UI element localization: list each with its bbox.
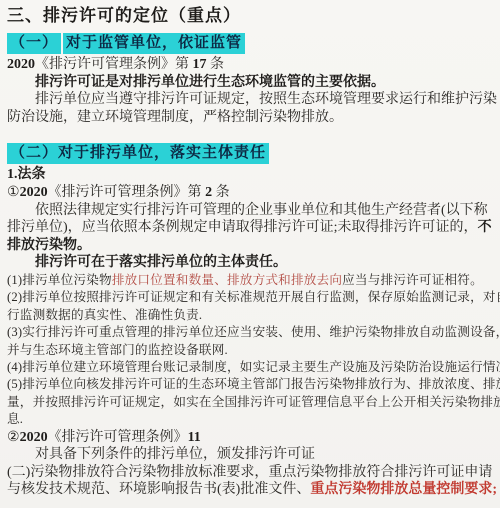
list-item-5-cont: 息. (7, 411, 496, 428)
document-page: 三、排污许可的定位（重点） （一）对于监管单位，依证监管 2020《排污许可管理… (0, 0, 500, 508)
text-run: 排污许可证是对排污单位进行生态环境监管的主要依据。 (35, 75, 385, 90)
text-run: 量，并按照排污许可证规定，如实在全国排污许可证管理信息平台上公开相关污染物排放信 (7, 395, 500, 409)
text-run: 对具备下列条件的排污单位，颁发排污许可证 (35, 447, 315, 462)
list-item-3: (3)实行排污许可重点管理的排污单位还应当安装、使用、维护污染物排放自动监测设备… (7, 324, 496, 341)
text-run: 依照法律规定实行排污许可管理的企业事业单位和其他生产经营者(以下称 (35, 203, 488, 218)
page-title: 三、排污许可的定位（重点） (7, 5, 496, 27)
text-run: 防治设施，建立环境管理制度，严格控制污染物排放。 (7, 110, 343, 125)
paragraph-line: (二)污染物排放符合污染物排放标准要求，重点污染物排放符合排污许可证申请 (7, 464, 496, 482)
key-point-line: 排污许可证是对排污单位进行生态环境监管的主要依据。 (7, 74, 496, 92)
highlighted-text: （一） (7, 33, 61, 54)
subheading-legal-articles: 1.法条 (7, 166, 496, 184)
text-run: 并与生态环境主管部门的监控设备联网. (7, 343, 228, 357)
text-run: 《排污许可管理条例》第 (35, 57, 193, 72)
list-item-5-cont: 量，并按照排污许可证规定，如实在全国排污许可证管理信息平台上公开相关污染物排放信 (7, 394, 496, 411)
section-1-heading: （一）对于监管单位，依证监管 (7, 33, 496, 53)
text-run: (4)排污单位建立环境管理台账记录制度，如实记录主要生产设施及污染防治设施运行情… (7, 360, 500, 374)
text-run: (1)排污单位污染物 (7, 273, 112, 287)
paragraph-line: 排放污染物。 (7, 237, 496, 255)
paragraph-line: 排污单位)，应当依照本条例规定申请取得排污许可证;未取得排污许可证的，不 (7, 219, 496, 237)
law-citation-article-11: ②2020《排污许可管理条例》11 (7, 429, 496, 447)
text-run: 条 (207, 57, 225, 72)
red-emphasis-text: 重点污染物排放总量控制要求; (310, 482, 497, 497)
key-point-line: 排污许可在于落实排污单位的主体责任。 (7, 254, 496, 272)
text-run: 行监测数据的真实性、准确性负责. (7, 308, 202, 322)
text-run: (5)排污单位向核发排污许可证的生态环境主管部门报告污染物排放行为、排放浓度、排… (7, 377, 500, 391)
text-run: 《排污许可管理条例》第 (48, 185, 206, 200)
text-run: ② (7, 430, 20, 445)
text-run: 《排污许可管理条例》 (48, 430, 188, 445)
paragraph-line: 防治设施，建立环境管理制度，严格控制污染物排放。 (7, 109, 496, 127)
text-run: 2020 (20, 430, 48, 445)
text-run: 排污单位应当遵守排污许可证规定，按照生态环境管理要求运行和维护污染 (35, 92, 497, 107)
red-emphasis-text: 排放口位置和数量、排放方式和排放去向 (112, 273, 342, 287)
text-run: 条 (212, 185, 230, 200)
paragraph-line: 排污单位应当遵守排污许可证规定，按照生态环境管理要求运行和维护污染 (7, 91, 496, 109)
text-run: 2 (205, 185, 212, 200)
paragraph-line: 依照法律规定实行排污许可管理的企业事业单位和其他生产经营者(以下称 (7, 202, 496, 220)
paragraph-line-red-emphasis: 与核发技术规范、环境影响报告书(表)批准文件、重点污染物排放总量控制要求; (7, 481, 496, 499)
text-run: (二)污染物排放符合污染物排放标准要求，重点污染物排放符合排污许可证申请 (7, 465, 492, 480)
text-run: 应当与排污许可证相符。 (342, 273, 483, 287)
section-2-heading: （二）对于排污单位，落实主体责任 (7, 143, 496, 163)
list-item-1: (1)排污单位污染物排放口位置和数量、排放方式和排放去向应当与排污许可证相符。 (7, 272, 496, 289)
paragraph-line: 对具备下列条件的排污单位，颁发排污许可证 (7, 446, 496, 464)
list-item-2: (2)排污单位按照排污许可证规定和有关标准规范开展自行监测，保存原始监测记录，对… (7, 289, 496, 306)
text-run: 11 (188, 430, 201, 445)
law-citation-article-2: ①2020《排污许可管理条例》第 2 条 (7, 184, 496, 202)
text-run: 排污单位)，应当依照本条例规定申请取得排污许可证;未取得排污许可证的， (7, 220, 478, 235)
text-run: 排污许可在于落实排污单位的主体责任。 (35, 255, 287, 270)
text-run: 与核发技术规范、环境影响报告书(表)批准文件、 (7, 482, 310, 497)
text-run: 排放污染物。 (7, 238, 91, 253)
text-run: 2020 (20, 185, 48, 200)
list-item-3-cont: 并与生态环境主管部门的监控设备联网. (7, 342, 496, 359)
text-run: 1.法条 (7, 167, 46, 182)
law-citation-article-17: 2020《排污许可管理条例》第 17 条 (7, 56, 496, 74)
highlighted-text: （二）对于排污单位，落实主体责任 (7, 143, 269, 164)
highlighted-text: 对于监管单位，依证监管 (63, 33, 245, 54)
text-run: (3)实行排污许可重点管理的排污单位还应当安装、使用、维护污染物排放自动监测设备… (7, 325, 500, 339)
blank-space (7, 126, 496, 142)
text-run: 息. (7, 412, 23, 426)
text-run: (2)排污单位按照排污许可证规定和有关标准规范开展自行监测，保存原始监测记录，对… (7, 290, 500, 304)
list-item-5: (5)排污单位向核发排污许可证的生态环境主管部门报告污染物排放行为、排放浓度、排… (7, 376, 496, 393)
list-item-2-cont: 行监测数据的真实性、准确性负责. (7, 307, 496, 324)
text-run: 不 (478, 220, 492, 235)
text-run: ① (7, 185, 20, 200)
list-item-4: (4)排污单位建立环境管理台账记录制度，如实记录主要生产设施及污染防治设施运行情… (7, 359, 496, 376)
text-run: 2020 (7, 57, 35, 72)
text-run: 17 (193, 57, 207, 72)
